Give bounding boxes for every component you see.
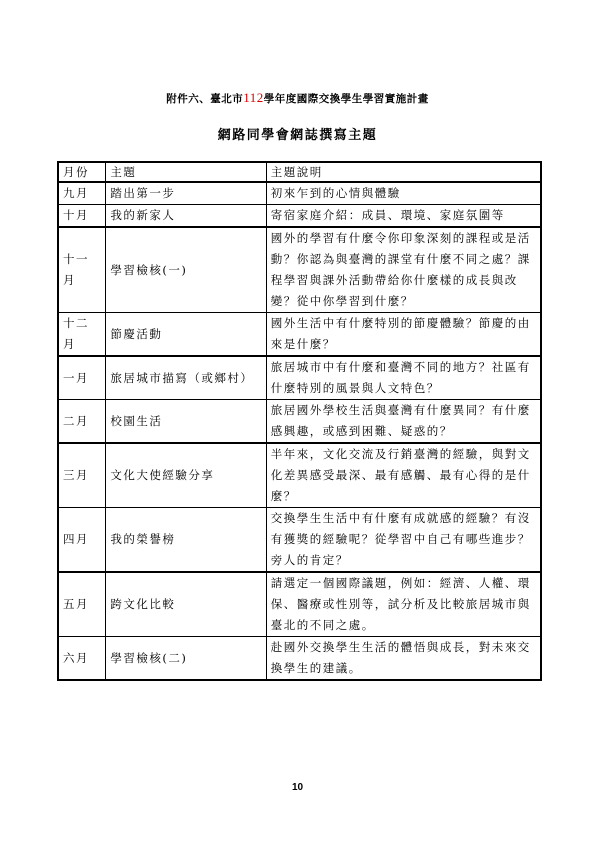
- topic-cell: 校園生活: [106, 400, 266, 444]
- column-header-topic: 主題: [106, 162, 266, 182]
- table-row: 四月 我的榮譽榜 交換學生生活中有什麼有成就感的經驗？有沒有獲獎的經驗呢？從學習…: [58, 508, 541, 573]
- header-prefix: 附件六、臺北市: [166, 93, 243, 105]
- header-suffix: 學年度國際交換學生學習實施計畫: [264, 93, 429, 105]
- table-row: 二月 校園生活 旅居國外學校生活與臺灣有什麼異同？有什麼感興趣，或感到困難、疑惑…: [58, 400, 541, 444]
- topic-cell: 跨文化比較: [106, 572, 266, 637]
- month-cell: 五月: [58, 572, 106, 637]
- month-cell: 十二月: [58, 313, 106, 357]
- page-number: 10: [0, 782, 595, 793]
- description-cell: 旅居城市中有什麼和臺灣不同的地方？社區有什麼特別的風景與人文特色？: [266, 356, 541, 400]
- table-row: 六月 學習檢核(二) 赴國外交換學生生活的體悟與成長，對未來交換學生的建議。: [58, 637, 541, 681]
- table-row: 一月 旅居城市描寫（或鄉村） 旅居城市中有什麼和臺灣不同的地方？社區有什麼特別的…: [58, 356, 541, 400]
- month-cell: 四月: [58, 508, 106, 573]
- appendix-header: 附件六、臺北市112學年度國際交換學生學習實施計畫: [0, 90, 595, 106]
- table-row: 三月 文化大使經驗分享 半年來，文化交流及行銷臺灣的經驗，與對文化差異感受最深、…: [58, 443, 541, 508]
- table-row: 十二月 節慶活動 國外生活中有什麼特別的節慶體驗？節慶的由來是什麼？: [58, 313, 541, 357]
- description-cell: 初來乍到的心情與體驗: [266, 182, 541, 205]
- month-cell: 二月: [58, 400, 106, 444]
- page-title: 網路同學會網誌撰寫主題: [0, 124, 595, 143]
- month-cell: 一月: [58, 356, 106, 400]
- description-cell: 國外的學習有什麼令你印象深刻的課程或是活動？你認為與臺灣的課堂有什麼不同之處？課…: [266, 227, 541, 313]
- topic-cell: 旅居城市描寫（或鄉村）: [106, 356, 266, 400]
- topic-cell: 學習檢核(二): [106, 637, 266, 681]
- column-header-month: 月份: [58, 162, 106, 182]
- description-cell: 半年來，文化交流及行銷臺灣的經驗，與對文化差異感受最深、最有感觸、最有心得的是什…: [266, 443, 541, 508]
- description-cell: 寄宿家庭介紹：成員、環境、家庭氛圍等: [266, 205, 541, 228]
- header-year: 112: [243, 90, 264, 105]
- column-header-description: 主題說明: [266, 162, 541, 182]
- month-cell: 三月: [58, 443, 106, 508]
- table-row: 十一月 學習檢核(一) 國外的學習有什麼令你印象深刻的課程或是活動？你認為與臺灣…: [58, 227, 541, 313]
- month-cell: 六月: [58, 637, 106, 681]
- topic-cell: 我的新家人: [106, 205, 266, 228]
- topic-cell: 踏出第一步: [106, 182, 266, 205]
- description-cell: 請選定一個國際議題，例如：經濟、人權、環保、醫療或性別等，試分析及比較旅居城市與…: [266, 572, 541, 637]
- table-row: 九月 踏出第一步 初來乍到的心情與體驗: [58, 182, 541, 205]
- topic-cell: 文化大使經驗分享: [106, 443, 266, 508]
- table-row: 五月 跨文化比較 請選定一個國際議題，例如：經濟、人權、環保、醫療或性別等，試分…: [58, 572, 541, 637]
- topic-cell: 學習檢核(一): [106, 227, 266, 313]
- description-cell: 赴國外交換學生生活的體悟與成長，對未來交換學生的建議。: [266, 637, 541, 681]
- description-cell: 旅居國外學校生活與臺灣有什麼異同？有什麼感興趣，或感到困難、疑惑的？: [266, 400, 541, 444]
- description-cell: 國外生活中有什麼特別的節慶體驗？節慶的由來是什麼？: [266, 313, 541, 357]
- month-cell: 九月: [58, 182, 106, 205]
- month-cell: 十月: [58, 205, 106, 228]
- table-row: 十月 我的新家人 寄宿家庭介紹：成員、環境、家庭氛圍等: [58, 205, 541, 228]
- description-cell: 交換學生生活中有什麼有成就感的經驗？有沒有獲獎的經驗呢？從學習中自己有哪些進步？…: [266, 508, 541, 573]
- month-cell: 十一月: [58, 227, 106, 313]
- topic-cell: 節慶活動: [106, 313, 266, 357]
- topics-table: 月份 主題 主題說明 九月 踏出第一步 初來乍到的心情與體驗 十月 我的新家人 …: [57, 161, 542, 681]
- table-header-row: 月份 主題 主題說明: [58, 162, 541, 182]
- topic-cell: 我的榮譽榜: [106, 508, 266, 573]
